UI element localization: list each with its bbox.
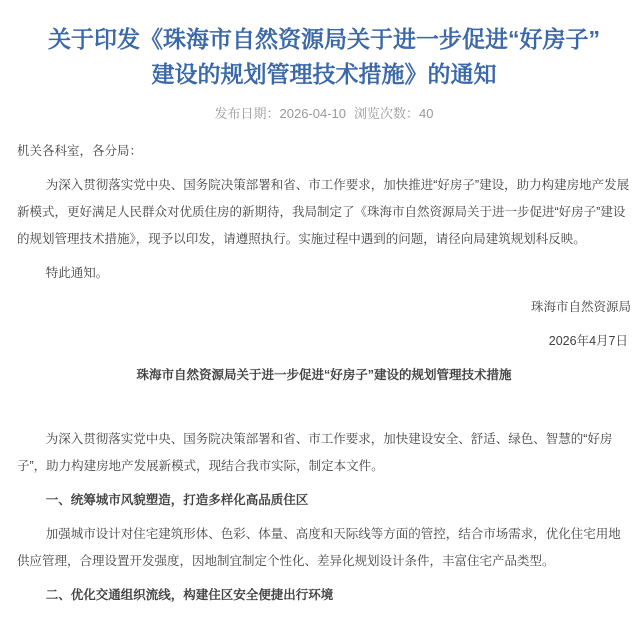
page-title: 关于印发《珠海市自然资源局关于进一步促进“好房子” 建设的规划管理技术措施》的通…	[31, 22, 617, 92]
signature-date: 2026年4月7日	[17, 328, 631, 355]
page-title-line2: 建设的规划管理技术措施》的通知	[31, 57, 617, 92]
notice-closing: 特此通知。	[17, 260, 631, 287]
notice-page: 关于印发《珠海市自然资源局关于进一步促进“好房子” 建设的规划管理技术措施》的通…	[0, 22, 640, 609]
publish-date-value: 2026-04-10	[280, 106, 347, 121]
document-heading: 珠海市自然资源局关于进一步促进“好房子”建设的规划管理技术措施	[17, 362, 631, 389]
notice-body: 机关各科室，各分局： 为深入贯彻落实党中央、国务院决策部署和省、市工作要求，加快…	[17, 138, 631, 609]
section-1-body: 加强城市设计对住宅建筑形体、色彩、体量、高度和天际线等方面的管控，结合市场需求，…	[17, 521, 631, 575]
section-1-heading: 一、统筹城市风貌塑造，打造多样化高品质住区	[17, 487, 631, 514]
document-intro: 为深入贯彻落实党中央、国务院决策部署和省、市工作要求，加快建设安全、舒适、绿色、…	[17, 426, 631, 480]
salutation: 机关各科室，各分局：	[17, 138, 631, 165]
publish-date-label: 发布日期：	[215, 106, 280, 121]
views-label: 浏览次数：	[354, 106, 419, 121]
signature-org: 珠海市自然资源局	[17, 294, 631, 321]
views-count: 40	[419, 106, 433, 121]
notice-paragraph: 为深入贯彻落实党中央、国务院决策部署和省、市工作要求，加快推进“好房子”建设，助…	[17, 172, 631, 253]
section-2-heading: 二、优化交通组织流线，构建住区安全便捷出行环境	[17, 582, 631, 609]
publish-meta: 发布日期：2026-04-10浏览次数：40	[17, 105, 631, 122]
page-title-line1: 关于印发《珠海市自然资源局关于进一步促进“好房子”	[31, 22, 617, 57]
